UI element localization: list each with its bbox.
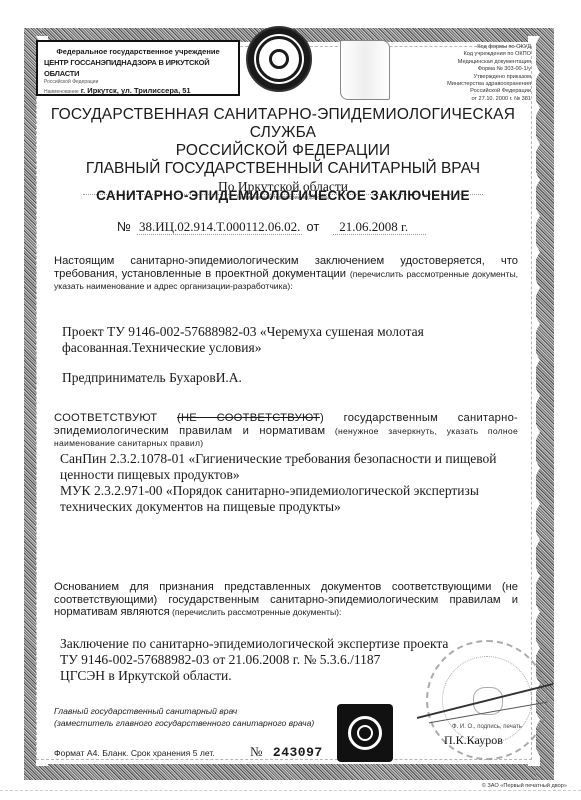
intro-paragraph: Настоящим санитарно-эпидемиологическим з… <box>54 255 518 293</box>
document-number: 38.ИЦ.02.914.Т.000112.06.02. <box>137 219 302 235</box>
form-code-line: Утверждено приказом <box>447 74 531 81</box>
form-code-line: Код учреждения по ОКПО <box>447 51 531 58</box>
deputy-role: (заместитель главного государственного с… <box>54 717 314 729</box>
signature-caption: Ф. И. О., подпись, печать <box>452 724 522 730</box>
norm-item: СанПин 2.3.2.1078-01 «Гигиенические треб… <box>60 451 520 483</box>
form-code-line: Медицинская документация <box>447 59 531 66</box>
signer-name: П.К.Кауров <box>444 733 503 748</box>
basis-list: Заключение по санитарно-эпидемиологическ… <box>60 636 460 684</box>
sanitary-service-emblem-icon <box>246 26 312 92</box>
from-label: от <box>306 219 319 234</box>
form-code-line: Код формы по ОКУД <box>447 44 531 51</box>
doctor-role: Главный государственный санитарный врач <box>54 705 314 717</box>
form-format-note: Формат А4. Бланк. Срок хранения 5 лет. <box>54 748 215 758</box>
document-date: 21.06.2008 г. <box>333 219 426 235</box>
document-number-line: №38.ИЦ.02.914.Т.000112.06.02.от21.06.200… <box>117 219 426 235</box>
federation-title: РОССИЙСКОЙ ФЕДЕРАЦИИ <box>36 142 530 160</box>
developer-name: Предприниматель БухаровИ.А. <box>62 370 242 386</box>
form-code-line: от 27.10. 2000 г. № 381 <box>447 96 531 103</box>
stamp-address: г. Иркутск, ул. Трилиссера, 51 <box>81 86 191 95</box>
basis-item: ТУ 9146-002-57688982-03 от 21.06.2008 г.… <box>60 652 460 668</box>
service-title: ГОСУДАРСТВЕННАЯ САНИТАРНО-ЭПИДЕМИОЛОГИЧЕ… <box>36 106 530 142</box>
project-name: Проект ТУ 9146-002-57688982-03 «Черемуха… <box>62 324 482 356</box>
stamp-address-label: Наименование <box>44 89 79 95</box>
not-conforms-label: (НЕ СООТВЕТСТВУЮТ <box>177 412 320 424</box>
printer-copyright: © ЗАО «Первый печатный двор» <box>482 783 567 789</box>
doctor-title: Главный государственный санитарный врач … <box>54 705 314 729</box>
number-sign: № <box>117 219 131 234</box>
blank-number-value: 243097 <box>273 745 323 760</box>
form-codes: Код формы по ОКУД Код учреждения по ОКПО… <box>447 44 531 103</box>
chief-doctor-title: ГЛАВНЫЙ ГОСУДАРСТВЕННЫЙ САНИТАРНЫЙ ВРАЧ <box>36 160 530 178</box>
organization-stamp: Федеральное государственное учреждение Ц… <box>36 40 240 96</box>
stamp-line-2: ЦЕНТР ГОССАНЭПИДНАДЗОРА В ИРКУТСКОЙ ОБЛА… <box>44 57 232 79</box>
conforms-label: СООТВЕТСТВУЮТ <box>54 412 157 424</box>
norms-list: СанПин 2.3.2.1078-01 «Гигиенические треб… <box>60 451 520 515</box>
basis-paragraph: Основанием для признания представленных … <box>54 581 518 619</box>
document-title: САНИТАРНО-ЭПИДЕМИОЛОГИЧЕСКОЕ ЗАКЛЮЧЕНИЕ <box>36 188 530 203</box>
norm-item: МУК 2.3.2.971-00 «Порядок санитарно-эпид… <box>60 483 520 515</box>
stamp-line-1: Федеральное государственное учреждение <box>44 46 232 57</box>
basis-note: (перечислить рассмотренные документы): <box>170 607 342 617</box>
blank-number-sign: № <box>250 744 263 759</box>
scan-artifact-line <box>0 790 581 791</box>
basis-item: ЦГСЭН в Иркутской области. <box>60 668 460 684</box>
stamp-line-4: Наименование г. Иркутск, ул. Трилиссера,… <box>44 85 232 98</box>
form-code-line: Форма № 303-00-1/у <box>447 66 531 73</box>
hologram-sticker-icon <box>337 704 393 762</box>
blank-number: №243097 <box>250 744 323 760</box>
flag-ribbon-icon <box>340 40 390 100</box>
form-code-line: Российской Федерации <box>447 88 531 95</box>
basis-item: Заключение по санитарно-эпидемиологическ… <box>60 636 460 652</box>
conformity-paragraph: СООТВЕТСТВУЮТ (НЕ СООТВЕТСТВУЮТ) государ… <box>54 412 518 450</box>
